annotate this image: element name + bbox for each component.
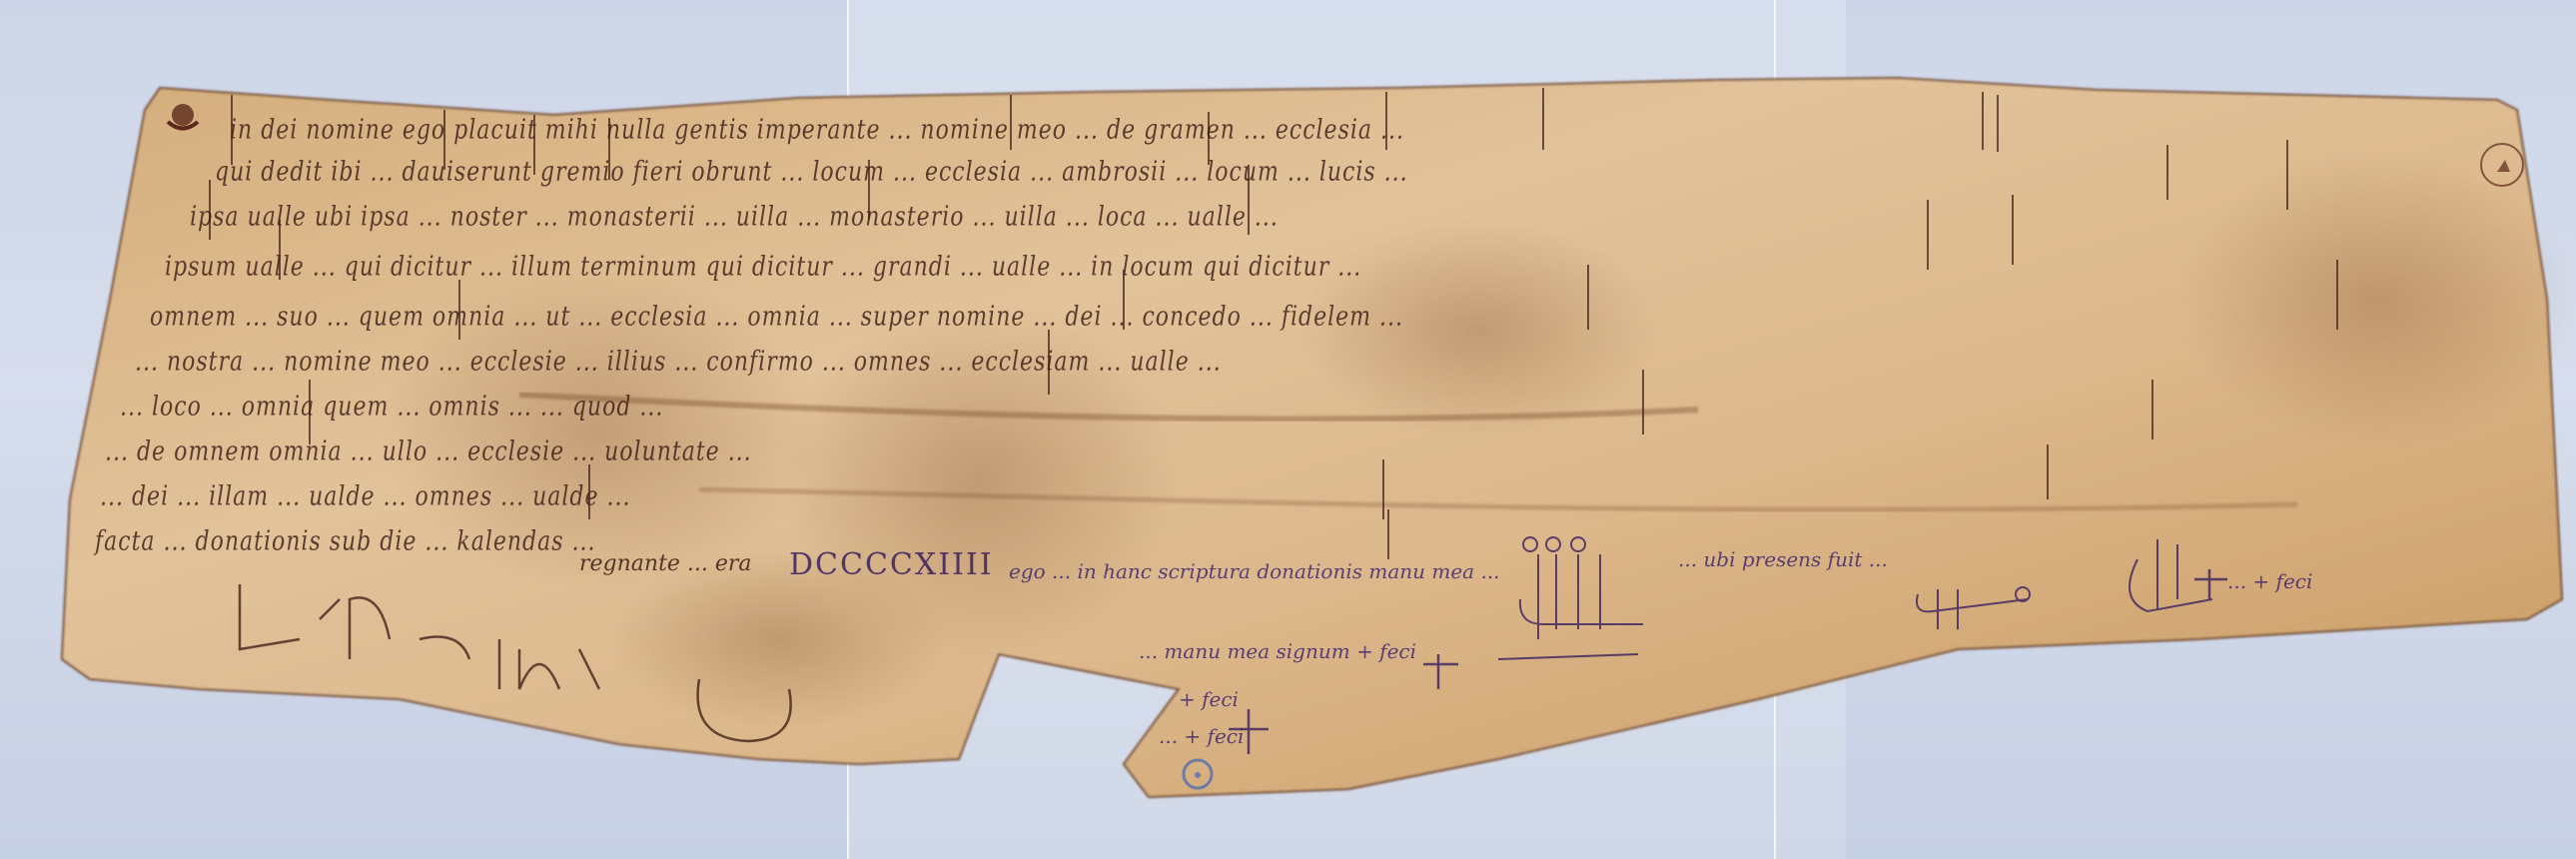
charter-line-1: in dei nomine ego placuit mihi nulla gen… — [230, 115, 1404, 146]
charter-line-8: ... de omnem omnia ... ullo ... ecclesie… — [105, 436, 752, 467]
subscription-line-3: + feci — [1179, 687, 1239, 711]
subscription-line-5: ... ubi presens fuit ... — [1678, 547, 1888, 571]
charter-line-3: ipsa ualle ubi ipsa ... noster ... monas… — [190, 202, 1279, 233]
era-numeral: DCCCCXIIII — [789, 547, 994, 582]
charter-line-7: ... loco ... omnia quem ... omnis ... ..… — [120, 392, 663, 423]
charter-line-2: qui dedit ibi ... dauiserunt gremio fier… — [215, 157, 1408, 188]
subscription-line-6: ... + feci — [2227, 569, 2312, 593]
charter-line-6: ... nostra ... nomine meo ... ecclesie .… — [135, 347, 1222, 378]
subscription-line-4: ... + feci — [1159, 724, 1244, 748]
subscription-line-1: ego ... in hanc scriptura donationis man… — [1009, 559, 1500, 583]
dating-clause: regnante ... era — [579, 551, 752, 576]
subscription-line-2: ... manu mea signum + feci — [1139, 639, 1416, 663]
charter-line-10: facta ... donationis sub die ... kalenda… — [95, 526, 596, 557]
charter-line-9: ... dei ... illam ... ualde ... omnes ..… — [100, 481, 630, 512]
charter-line-5: omnem ... suo ... quem omnia ... ut ... … — [150, 302, 1403, 333]
charter-line-4: ipsum ualle ... qui dicitur ... illum te… — [165, 252, 1361, 283]
